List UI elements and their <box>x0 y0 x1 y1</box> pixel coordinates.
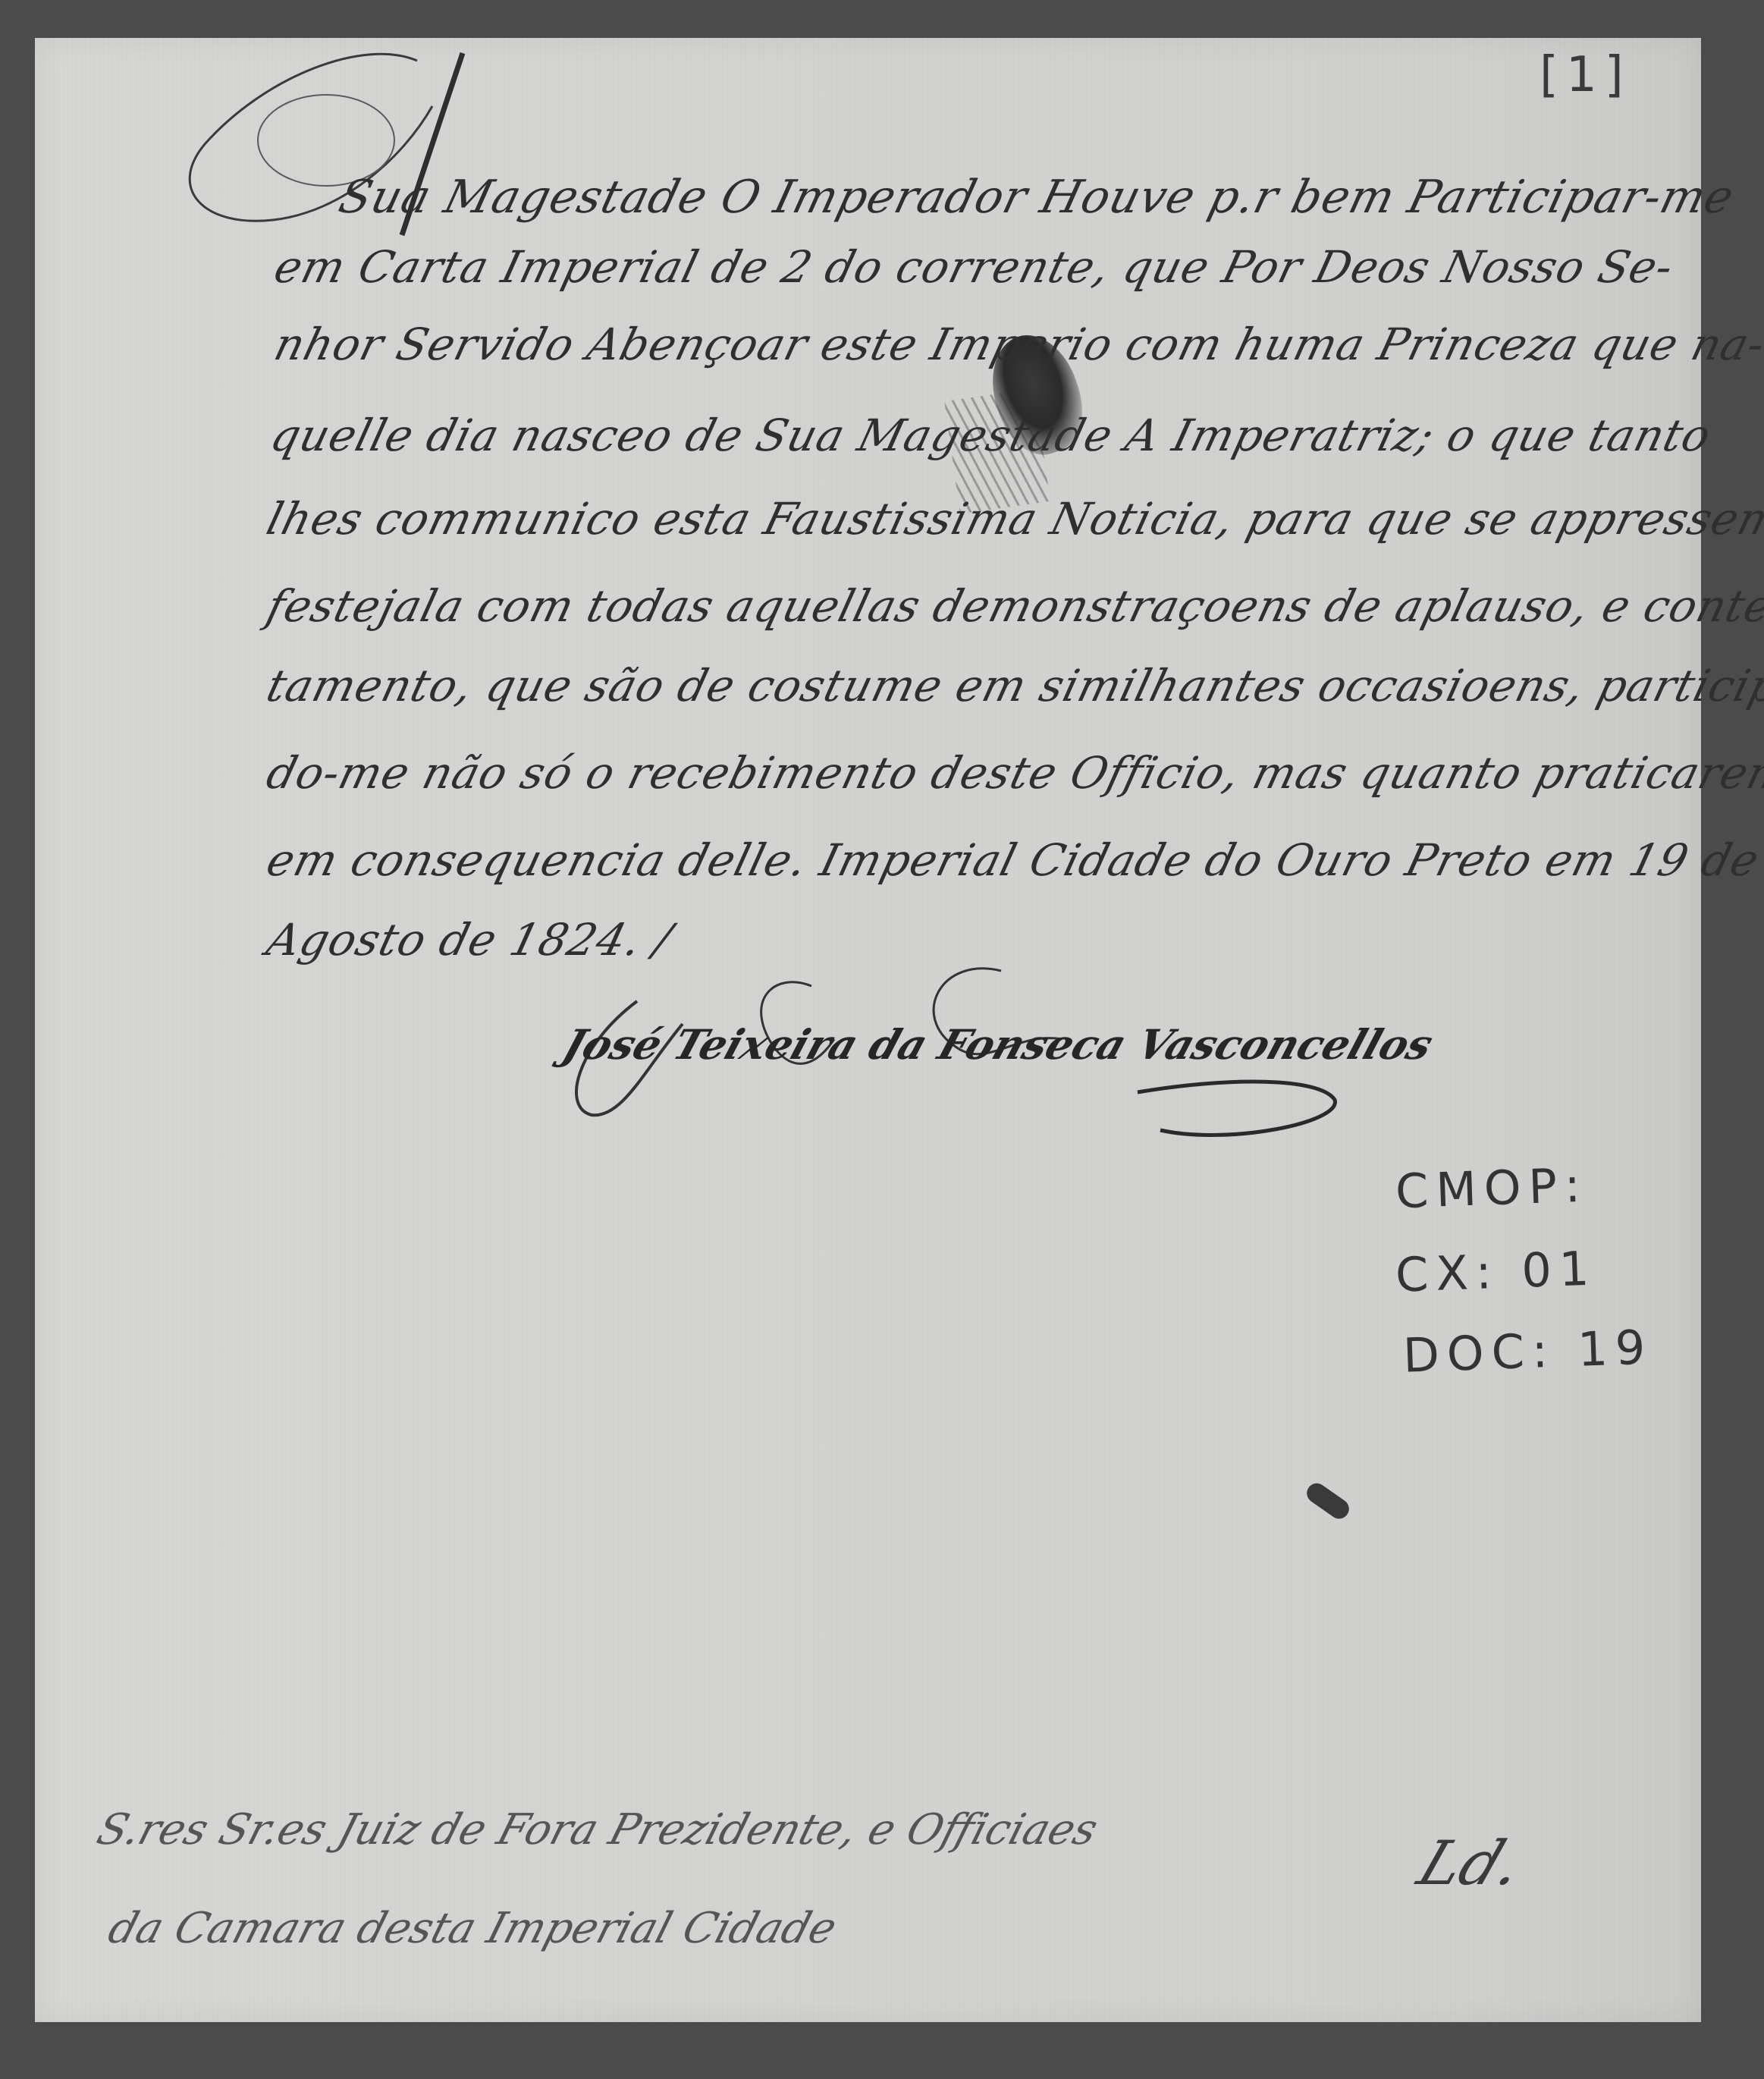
body-line-5: lhes communico esta Faustissima Noticia,… <box>262 493 1764 545</box>
body-line-4: quelle dia nasceo de Sua Magestade A Imp… <box>265 410 1716 461</box>
body-line-10: Agosto de 1824. / <box>262 914 677 966</box>
addressee-line-1: S.res Sr.es Juiz de Fora Prezidente, e O… <box>92 1805 1103 1854</box>
archive-ref-collection: CMOP: <box>1395 1157 1589 1220</box>
body-line-1: Sua Magestade O Imperador Houve p.r bem … <box>334 171 1740 224</box>
addressee-line-2: da Camara desta Imperial Cidade <box>103 1904 843 1953</box>
page-marker: [1] <box>1540 47 1631 103</box>
body-line-9: em consequencia delle. Imperial Cidade d… <box>262 834 1764 886</box>
body-line-8: do-me não só o recebimento deste Officio… <box>262 747 1764 799</box>
archive-ref-box: CX: 01 <box>1395 1240 1598 1302</box>
body-line-3: nhor Servido Abençoar este Imperio com h… <box>269 319 1764 370</box>
body-line-6: festejala com todas aquellas demonstraço… <box>262 580 1764 632</box>
signature: José Teixeira da Fonseca Vasconcellos <box>557 1020 1439 1069</box>
archive-ref-doc: DOC: 19 <box>1402 1319 1654 1383</box>
body-line-2: em Carta Imperial de 2 do corrente, que … <box>269 241 1679 293</box>
body-line-7: tamento, que são de costume em similhant… <box>262 660 1764 711</box>
